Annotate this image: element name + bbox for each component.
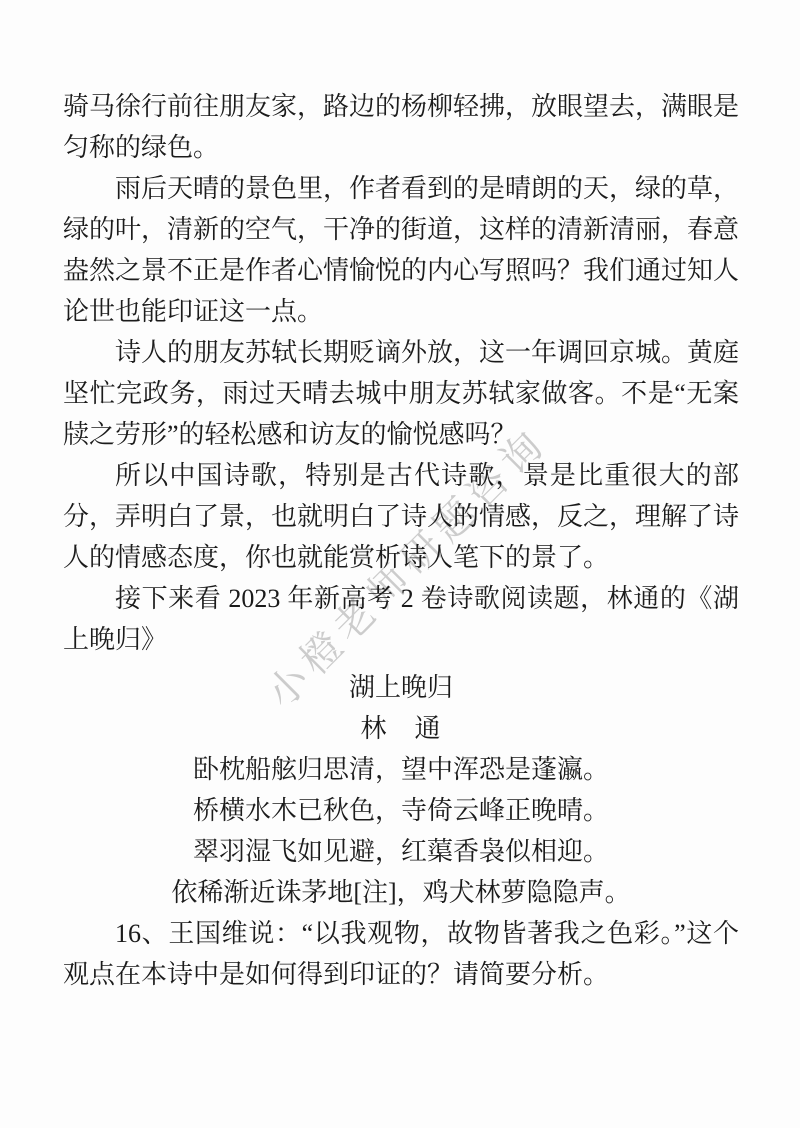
document-content: 骑马徐行前往朋友家，路边的杨柳轻拂，放眼望去，满眼是匀称的绿色。 雨后天晴的景色… xyxy=(63,86,739,995)
poem-line: 依稀渐近诛茅地[注]，鸡犬林萝隐隐声。 xyxy=(63,872,739,913)
poem-author: 林 通 xyxy=(63,708,739,749)
question-text: 16、王国维说：“以我观物，故物皆著我之色彩。”这个观点在本诗中是如何得到印证的… xyxy=(63,913,739,995)
document-page: 小橙老师研题咨询 骑马徐行前往朋友家，路边的杨柳轻拂，放眼望去，满眼是匀称的绿色… xyxy=(0,0,800,1128)
poem-line: 卧枕船舷归思清，望中浑恐是蓬瀛。 xyxy=(63,749,739,790)
poem-block: 湖上晚归 林 通 卧枕船舷归思清，望中浑恐是蓬瀛。 桥横水木已秋色，寺倚云峰正晚… xyxy=(63,667,739,913)
body-paragraph: 雨后天晴的景色里，作者看到的是晴朗的天，绿的草，绿的叶，清新的空气，干净的街道，… xyxy=(63,168,739,332)
poem-title: 湖上晚归 xyxy=(63,667,739,708)
body-paragraph: 所以中国诗歌，特别是古代诗歌，景是比重很大的部分，弄明白了景，也就明白了诗人的情… xyxy=(63,455,739,578)
body-paragraph: 骑马徐行前往朋友家，路边的杨柳轻拂，放眼望去，满眼是匀称的绿色。 xyxy=(63,86,739,168)
poem-line: 翠羽湿飞如见避，红蕖香袅似相迎。 xyxy=(63,831,739,872)
body-paragraph: 诗人的朋友苏轼长期贬谪外放，这一年调回京城。黄庭坚忙完政务，雨过天晴去城中朋友苏… xyxy=(63,332,739,455)
poem-line: 桥横水木已秋色，寺倚云峰正晚晴。 xyxy=(63,790,739,831)
body-paragraph: 接下来看 2023 年新高考 2 卷诗歌阅读题，林通的《湖上晚归》 xyxy=(63,578,739,660)
